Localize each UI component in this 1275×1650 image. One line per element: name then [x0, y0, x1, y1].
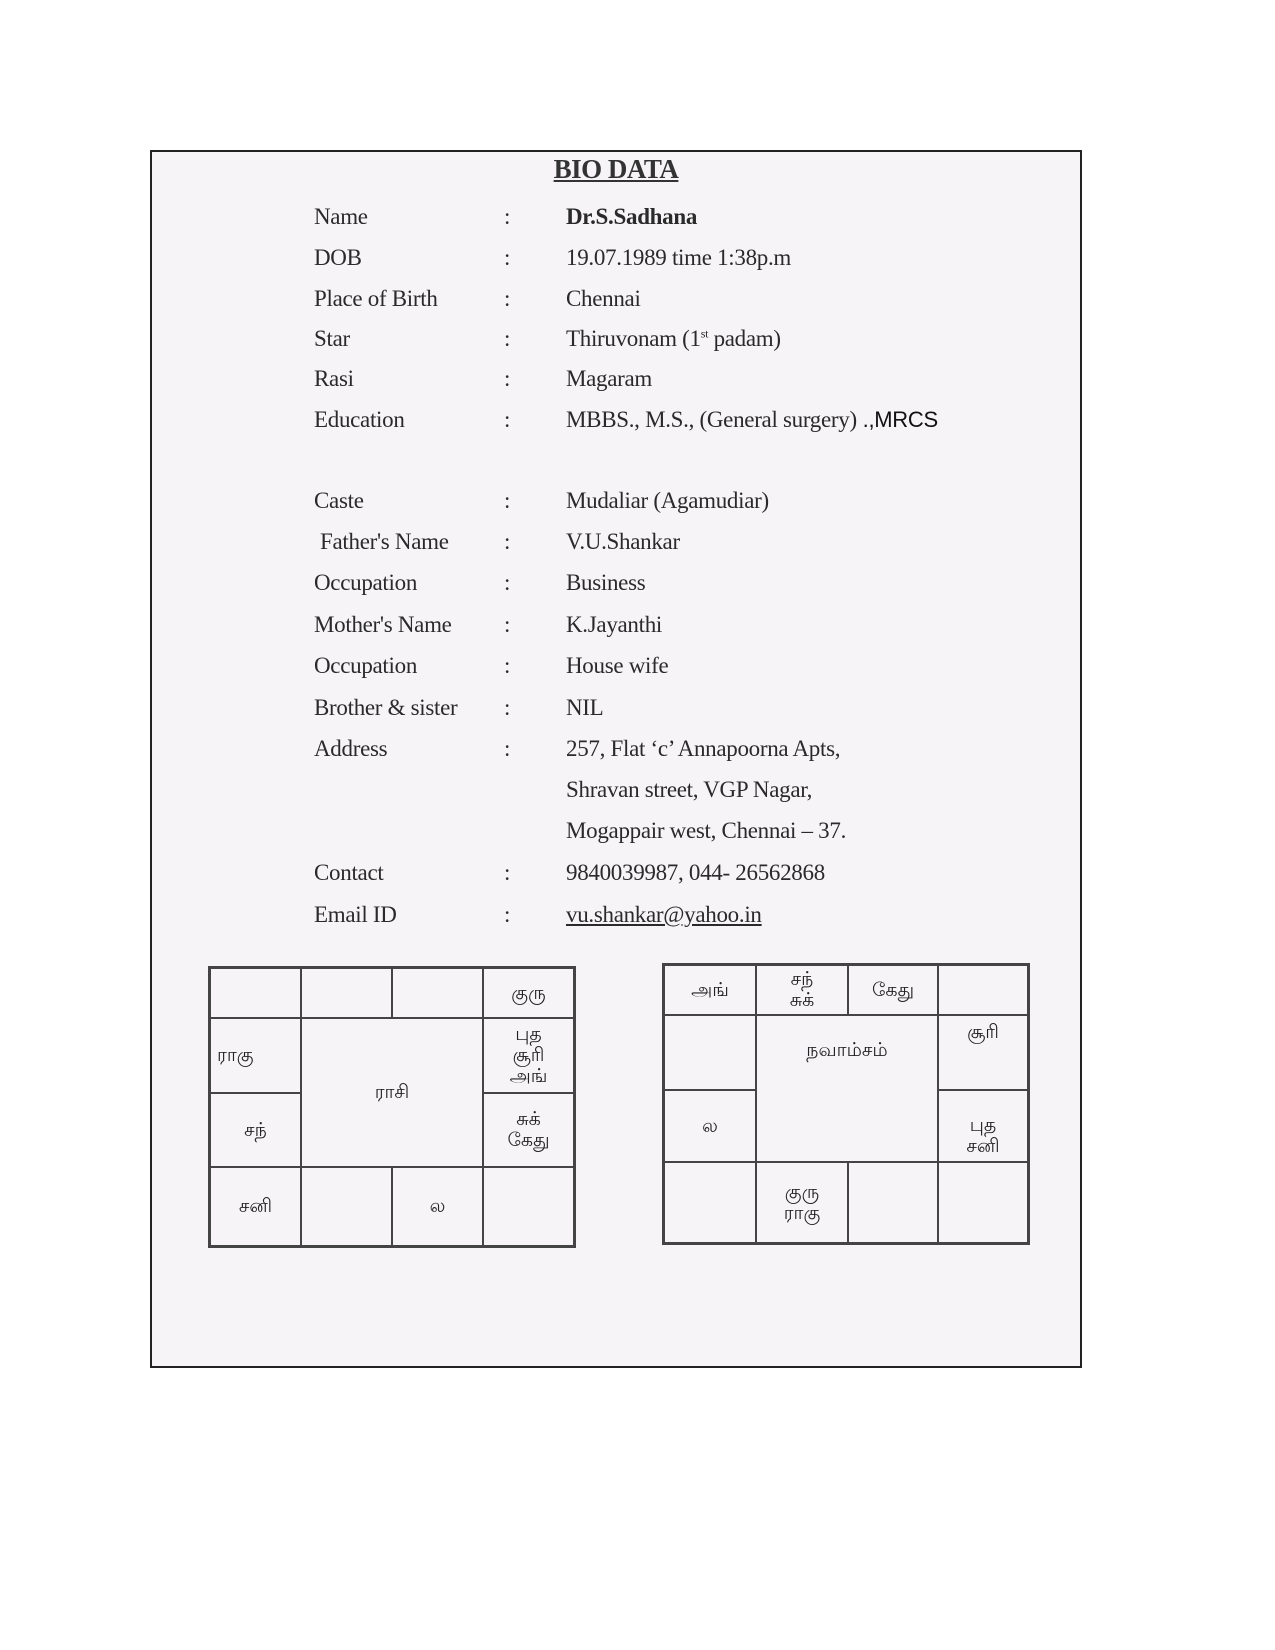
navamsam-center: நவாம்சம் [756, 1015, 938, 1162]
email-link[interactable]: vu.shankar@yahoo.in [566, 902, 762, 928]
rasi-center: ராசி [301, 1018, 483, 1167]
rasi-chart: குரு ராகு புத சூரி அங் சந் சுக் கேது ராச… [208, 966, 576, 1248]
biodata-page: BIO DATA Name : Dr.S.Sadhana DOB : 19.07… [150, 150, 1082, 1368]
navamsam-chart: அங் சந் சுக் கேது சூரி ல புத சனி நவாம்சம… [662, 963, 1030, 1245]
page-title: BIO DATA [152, 154, 1080, 185]
